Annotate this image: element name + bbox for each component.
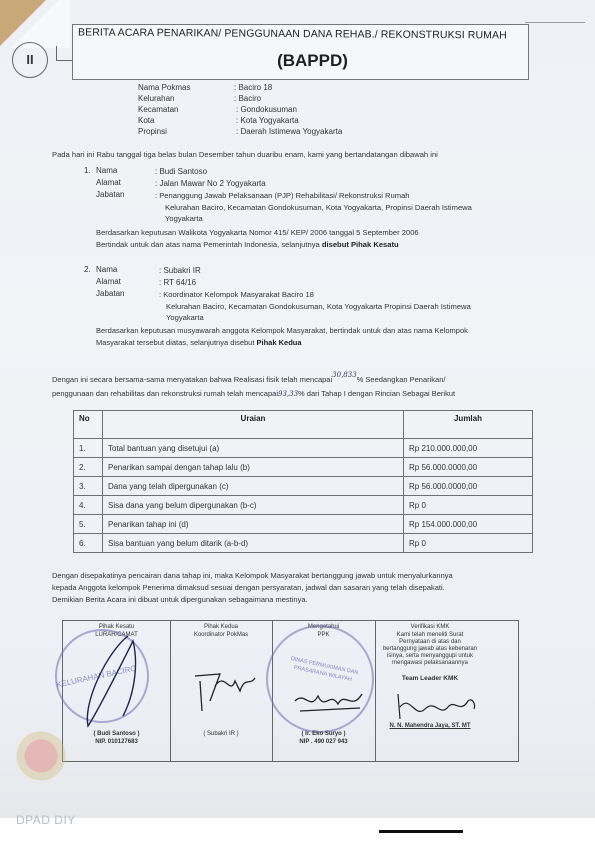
signature-block: Pihak Kesatu LURAH/CAMAT KELURAHAN BACIR…: [62, 620, 519, 762]
table-row: 5.Penarikan tahap ini (d)Rp 154.000.000,…: [74, 515, 533, 534]
party1-position-line3: Yogyakarta: [165, 214, 203, 223]
sig-nip: NIP. 010127683: [63, 739, 170, 747]
party1-name-label: Nama: [96, 166, 117, 175]
row-no: 3.: [74, 477, 103, 496]
signature-scribble: [78, 631, 148, 731]
statement-text: Dengan ini secara bersama-sama menyataka…: [52, 375, 332, 384]
sig-nip: NIP . 490 027 943: [272, 739, 375, 747]
party1-name: : Budi Santoso: [155, 167, 207, 176]
row-uraian: Sisa dana yang belum dipergunakan (b-c): [103, 496, 404, 515]
sig-title: Verifikasi KMK: [375, 624, 485, 632]
physical-progress-pct: 30,833: [332, 371, 357, 379]
document-subtitle: (BAPPD): [0, 51, 595, 71]
row-jumlah: Rp 0: [404, 496, 533, 515]
col-no-header: No: [74, 411, 103, 439]
rincian-table: No Uraian Jumlah 1.Total bantuan yang di…: [73, 410, 533, 553]
info-label: Nama Pokmas: [138, 82, 190, 93]
row-jumlah: Rp 56.000.0000,00: [404, 458, 533, 477]
statement-line2: penggunaan dan rehabilitas dan rekonstru…: [52, 389, 455, 398]
row-jumlah: Rp 56.000.0000,00: [404, 477, 533, 496]
party2-address: : RT 64/16: [159, 278, 196, 287]
party1-position: : Penanggung Jawab Pelaksanaan (PJP) Reh…: [155, 191, 410, 200]
closing-line1: Dengan disepakatinya pencairan dana taha…: [52, 571, 453, 580]
row-uraian: Dana yang telah dipergunakan (c): [103, 477, 404, 496]
info-label: Kecamatan: [138, 104, 178, 115]
row-uraian: Sisa bantuan yang belum ditarik (a-b-d): [103, 534, 404, 553]
party2-number: 2.: [84, 265, 91, 274]
party1-basis: Berdasarkan keputusan Walikota Yogyakart…: [96, 228, 419, 237]
party2-position-line3: Yogyakarta: [166, 313, 204, 322]
sig-name: ( Budi Santoso ): [63, 731, 170, 739]
sig-role: Koordinator PokMas: [170, 632, 272, 640]
closing-line3: Demikian Berita Acara ini dibuat untuk d…: [52, 595, 308, 604]
row-no: 6.: [74, 534, 103, 553]
closing-line2: kepada Anggota kelompok Penerima dimaksu…: [52, 583, 445, 592]
table-row: 1.Total bantuan yang disetujui (a)Rp 210…: [74, 439, 533, 458]
col-uraian-header: Uraian: [103, 411, 404, 439]
table-row: 2.Penarikan sampai dengan tahap lalu (b)…: [74, 458, 533, 477]
party1-address: : Jalan Mawar No 2 Yogyakarta: [155, 179, 266, 188]
signature-pihak-kedua: Pihak Kedua Koordinator PokMas ( Subakri…: [170, 621, 273, 761]
party2-address-label: Alamat: [96, 277, 121, 286]
sig-name: N. N. Mahendra Jaya, ST. MT: [375, 723, 485, 731]
row-jumlah: Rp 0: [404, 534, 533, 553]
party1-position-label: Jabatan: [96, 190, 124, 199]
signature-scribble: [390, 689, 480, 724]
fund-progress-pct: 93,33: [278, 390, 298, 398]
sig-title: Pihak Kedua: [170, 624, 272, 632]
signature-mengetahui: Mengetahui PPK DINAS PERMUKIMAN DAN PRAS…: [272, 621, 376, 761]
info-value: : Gondokusuman: [236, 104, 297, 115]
top-rule: [525, 22, 585, 23]
party2-position-line2: Kelurahan Baciro, Kecamatan Gondokusuman…: [166, 302, 471, 311]
table-row: 3.Dana yang telah dipergunakan (c)Rp 56.…: [74, 477, 533, 496]
signature-scribble: [290, 686, 370, 726]
sig-text: mengawasi pelaksanaannya: [375, 660, 485, 668]
party1-number: 1.: [84, 166, 91, 175]
row-uraian: Total bantuan yang disetujui (a): [103, 439, 404, 458]
sig-name: ( Subakri IR ): [170, 731, 272, 739]
row-no: 5.: [74, 515, 103, 534]
signature-pihak-kesatu: Pihak Kesatu LURAH/CAMAT KELURAHAN BACIR…: [63, 621, 171, 761]
row-jumlah: Rp 154.000.000,00: [404, 515, 533, 534]
party2-position-label: Jabatan: [96, 289, 124, 298]
party1-acting: Bertindak untuk dan atas nama Pemerintah…: [96, 240, 399, 249]
statement-text: penggunaan dan rehabilitas dan rekonstru…: [52, 389, 278, 398]
party2-position: : Koordinator Kelompok Masyarakat Baciro…: [159, 290, 314, 299]
info-label: Kota: [138, 115, 154, 126]
row-jumlah: Rp 210.000.000,00: [404, 439, 533, 458]
dpad-emblem-icon: [16, 728, 66, 790]
party1-address-label: Alamat: [96, 178, 121, 187]
row-no: 4.: [74, 496, 103, 515]
party2-name: : Subakri IR: [159, 266, 201, 275]
party2-name-label: Nama: [96, 265, 117, 274]
folded-corner-flap: [0, 0, 70, 48]
info-value: : Baciro: [234, 93, 261, 104]
intro-text: Pada hari ini Rabu tanggal tiga belas bu…: [52, 150, 438, 159]
info-value: : Daerah Istimewa Yogyakarta: [236, 126, 342, 137]
sig-role: Team Leader KMK: [375, 675, 485, 683]
table-row: 4.Sisa dana yang belum dipergunakan (b-c…: [74, 496, 533, 515]
party2-basis: Berdasarkan keputusan musyawarah anggota…: [96, 326, 468, 335]
table-row: 6.Sisa bantuan yang belum ditarik (a-b-d…: [74, 534, 533, 553]
info-value: : Baciro 18: [234, 82, 272, 93]
party2-acting-text: Masyarakat tersebut diatas, selanjutnya …: [96, 338, 257, 347]
info-label: Kelurahan: [138, 93, 174, 104]
party2-acting: Masyarakat tersebut diatas, selanjutnya …: [96, 338, 302, 347]
scan-mark: [379, 830, 463, 833]
table-header-row: No Uraian Jumlah: [74, 411, 533, 439]
row-no: 1.: [74, 439, 103, 458]
row-no: 2.: [74, 458, 103, 477]
party1-position-line2: Kelurahan Baciro, Kecamatan Gondokusuman…: [165, 203, 472, 212]
info-label: Propinsi: [138, 126, 167, 137]
sig-name: ( Ir. Eko Suryo ): [272, 731, 375, 739]
col-jumlah-header: Jumlah: [404, 411, 533, 439]
row-uraian: Penarikan tahap ini (d): [103, 515, 404, 534]
statement-text: % dari Tahap I dengan Rincian Sebagai Be…: [298, 389, 455, 398]
party1-designation: disebut Pihak Kesatu: [322, 240, 399, 249]
party2-designation: Pihak Kedua: [257, 338, 302, 347]
signature-scribble: [190, 666, 260, 716]
statement-text: % Seedangkan Penarikan/: [357, 375, 446, 384]
party1-acting-text: Bertindak untuk dan atas nama Pemerintah…: [96, 240, 322, 249]
statement-line1: Dengan ini secara bersama-sama menyataka…: [52, 375, 445, 384]
watermark: DPAD DIY: [16, 813, 76, 827]
row-uraian: Penarikan sampai dengan tahap lalu (b): [103, 458, 404, 477]
signature-verifikasi: Verifikasi KMK Kami telah meneliti Surat…: [375, 621, 485, 761]
info-value: : Kota Yogyakarta: [236, 115, 299, 126]
